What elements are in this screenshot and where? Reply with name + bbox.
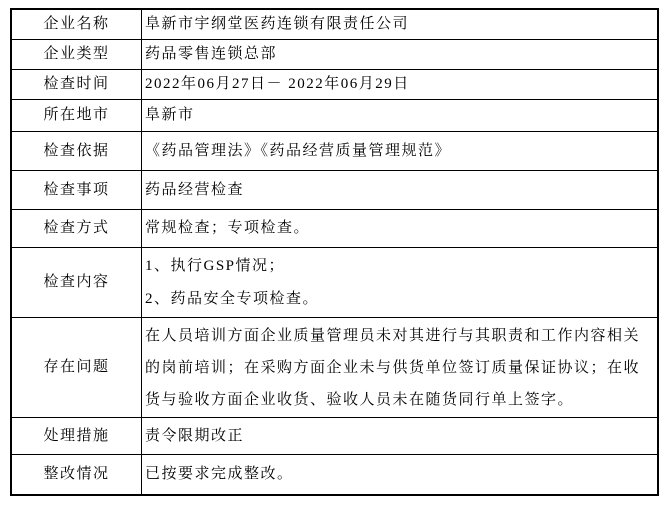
label-company-type: 企业类型 [11, 40, 142, 70]
label-company-name: 企业名称 [11, 9, 142, 40]
table-row-inspection-item: 检查事项 药品经营检查 [11, 171, 658, 210]
label-inspection-content: 检查内容 [11, 248, 142, 318]
table-row-city: 所在地市 阜新市 [11, 100, 658, 132]
table-row-inspection-content: 检查内容 1、执行GSP情况； 2、药品安全专项检查。 [11, 248, 658, 318]
value-rectification-status: 已按要求完成整改。 [142, 455, 659, 496]
label-rectification-status: 整改情况 [11, 455, 142, 496]
value-existing-problems: 在人员培训方面企业质量管理员未对其进行与其职责和工作内容相关的岗前培训；在采购方… [142, 318, 659, 418]
value-company-name: 阜新市宇纲堂医药连锁有限责任公司 [142, 9, 659, 40]
value-handling-measures: 责令限期改正 [142, 418, 659, 455]
table-row-inspection-basis: 检查依据 《药品管理法》《药品经营质量管理规范》 [11, 132, 658, 171]
label-handling-measures: 处理措施 [11, 418, 142, 455]
table-row-company-name: 企业名称 阜新市宇纲堂医药连锁有限责任公司 [11, 9, 658, 40]
inspection-info-table: 企业名称 阜新市宇纲堂医药连锁有限责任公司 企业类型 药品零售连锁总部 检查时间… [10, 8, 659, 496]
table-row-inspection-time: 检查时间 2022年06月27日－ 2022年06月29日 [11, 70, 658, 100]
inspection-content-line-2: 2、药品安全专项检查。 [145, 283, 653, 316]
label-inspection-time: 检查时间 [11, 70, 142, 100]
existing-problems-text: 在人员培训方面企业质量管理员未对其进行与其职责和工作内容相关的岗前培训；在采购方… [145, 320, 653, 416]
table-row-existing-problems: 存在问题 在人员培训方面企业质量管理员未对其进行与其职责和工作内容相关的岗前培训… [11, 318, 658, 418]
inspection-content-line-1: 1、执行GSP情况； [145, 250, 653, 283]
label-inspection-item: 检查事项 [11, 171, 142, 210]
table-row-rectification-status: 整改情况 已按要求完成整改。 [11, 455, 658, 496]
label-existing-problems: 存在问题 [11, 318, 142, 418]
label-city: 所在地市 [11, 100, 142, 132]
label-inspection-method: 检查方式 [11, 210, 142, 248]
table-row-handling-measures: 处理措施 责令限期改正 [11, 418, 658, 455]
value-inspection-time: 2022年06月27日－ 2022年06月29日 [142, 70, 659, 100]
table-row-company-type: 企业类型 药品零售连锁总部 [11, 40, 658, 70]
value-inspection-item: 药品经营检查 [142, 171, 659, 210]
value-inspection-basis: 《药品管理法》《药品经营质量管理规范》 [142, 132, 659, 171]
label-inspection-basis: 检查依据 [11, 132, 142, 171]
value-company-type: 药品零售连锁总部 [142, 40, 659, 70]
value-city: 阜新市 [142, 100, 659, 132]
value-inspection-method: 常规检查；专项检查。 [142, 210, 659, 248]
table-row-inspection-method: 检查方式 常规检查；专项检查。 [11, 210, 658, 248]
value-inspection-content: 1、执行GSP情况； 2、药品安全专项检查。 [142, 248, 659, 318]
